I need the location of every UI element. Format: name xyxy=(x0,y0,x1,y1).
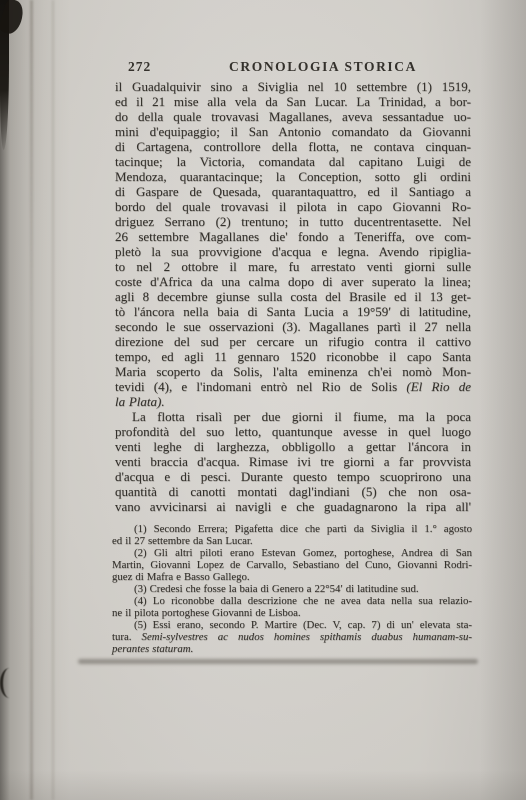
text-line: to nel 2 ottobre il mare, fu arrestato v… xyxy=(115,259,471,274)
text-line: quantità di canotti montati dagl'indiani… xyxy=(115,484,471,499)
page-number: 272 xyxy=(128,59,151,75)
text-line: Mendoza, quarantacinque; la Conception, … xyxy=(115,169,471,184)
text-line: (5) Essi erano, secondo P. Martire (Dec.… xyxy=(112,619,472,631)
text-line: tempo, ed agli 11 gennaro 1520 riconobbe… xyxy=(115,349,471,364)
paragraph: La flotta risalì per due giorni il fiume… xyxy=(115,409,471,514)
text-line: ne il pilota portoghese Giovanni de Lisb… xyxy=(112,607,472,619)
footnote-1: (1) Secondo Errera; Pigafetta dice che p… xyxy=(112,523,472,547)
text-line: (2) Gli altri piloti erano Estevan Gomez… xyxy=(112,547,472,559)
footnote-4: (4) Lo riconobbe dalla descrizione che n… xyxy=(112,595,472,619)
text-line: venti leghe di larghezza, obbligollo a g… xyxy=(115,439,471,454)
text-line: La flotta risalì per due giorni il fiume… xyxy=(115,409,471,424)
text-line: coste d'Africa da una calma dopo di aver… xyxy=(115,274,471,289)
text-line: d'acqua e di pesci. Durante questo tempo… xyxy=(115,469,471,484)
paper-crease xyxy=(30,0,33,800)
text-line: tacinque; la Victoria, comandata dal cap… xyxy=(115,154,471,169)
text-line: Maria scoperto da Solis, l'alta eminenza… xyxy=(115,364,471,379)
text-line: la Plata). xyxy=(115,394,471,409)
text-line: do della quale trovavasi Magallanes, ave… xyxy=(115,109,471,124)
text-line: ed il 21 mise alla vela da San Lucar. La… xyxy=(115,94,471,109)
text-line: bordo del quale trovavasi il pilota in c… xyxy=(115,199,471,214)
right-edge-shading xyxy=(480,0,526,800)
text-line: tò l'áncora nella baia di Santa Lucia a … xyxy=(115,304,471,319)
body-text: il Guadalquivir sino a Siviglia nel 10 s… xyxy=(115,79,471,514)
text-line: driguez Serrano (2) trentuno; in tutto d… xyxy=(115,214,471,229)
text-line: Martin, Giovanni Lopez de Carvallo, Seba… xyxy=(112,559,472,571)
text-line: (1) Secondo Errera; Pigafetta dice che p… xyxy=(112,523,472,535)
scan-smudge xyxy=(78,659,478,664)
running-title: CRONOLOGIA STORICA xyxy=(229,59,417,75)
text-line: di Cartagena, controllore della flotta, … xyxy=(115,139,471,154)
text-line: (3) Credesi che fosse la baia di Genero … xyxy=(112,583,472,595)
paper-crease xyxy=(52,0,54,800)
text-line: il Guadalquivir sino a Siviglia nel 10 s… xyxy=(115,79,471,94)
footnote-5: (5) Essi erano, secondo P. Martire (Dec.… xyxy=(112,619,472,655)
text-line: di Gaspare de Quesada, quarantaquattro, … xyxy=(115,184,471,199)
footnotes-section: (1) Secondo Errera; Pigafetta dice che p… xyxy=(112,523,472,655)
text-line: pletò la sua provvigione d'acqua e legna… xyxy=(115,244,471,259)
paragraph: il Guadalquivir sino a Siviglia nel 10 s… xyxy=(115,79,471,409)
text-line: perantes staturam. xyxy=(112,643,472,655)
text-line: direzione del sud per cercare un rifugio… xyxy=(115,334,471,349)
text-line: profondità del suo letto, quantunque ave… xyxy=(115,424,471,439)
footnote-2: (2) Gli altri piloti erano Estevan Gomez… xyxy=(112,547,472,583)
text-line: mini d'equipaggio; il San Antonio comand… xyxy=(115,124,471,139)
text-line: agli 8 decembre giunse sulla costa del B… xyxy=(115,289,471,304)
text-line: vano avvicinarsi ai navigli e che guadag… xyxy=(115,499,471,514)
text-line: tura. Semi-sylvestres ac nudos homines s… xyxy=(112,631,472,643)
text-line: guez di Mafra e Basso Gallego. xyxy=(112,571,472,583)
text-line: venti braccia d'acqua. Rimase ivi tre gi… xyxy=(115,454,471,469)
bottom-edge-shading xyxy=(0,770,526,800)
page-curl-mark xyxy=(0,668,19,698)
footnote-3: (3) Credesi che fosse la baia di Genero … xyxy=(112,583,472,595)
text-line: tevidi (4), e l'indomani entrò nel Rio d… xyxy=(115,379,471,394)
page-header: 272 CRONOLOGIA STORICA xyxy=(115,59,471,77)
text-line: (4) Lo riconobbe dalla descrizione che n… xyxy=(112,595,472,607)
text-line: 26 settembre Magallanes die' fondo a Ten… xyxy=(115,229,471,244)
book-page-scan: 272 CRONOLOGIA STORICA il Guadalquivir s… xyxy=(0,0,526,800)
text-line: ed il 27 settembre da San Lucar. xyxy=(112,535,472,547)
text-line: secondo le sue osservazioni (3). Magalla… xyxy=(115,319,471,334)
